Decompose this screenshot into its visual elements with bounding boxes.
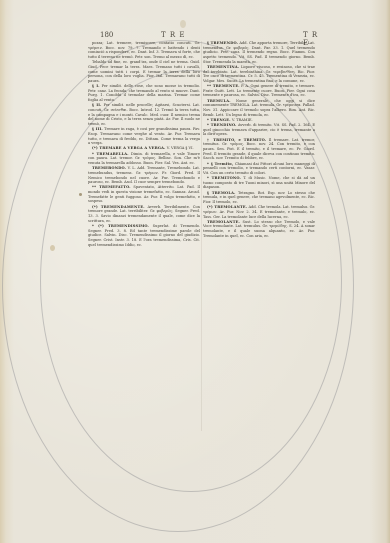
entry-headword: * § Tremito, (207, 162, 233, 166)
dictionary-entry: § I. Per similit. delle cose, che sono m… (88, 84, 200, 103)
dictionary-entry: § TREMOLA. Tetragno. Bot. Esp. nov. Lo s… (203, 191, 315, 205)
entry-definition: V. TRAMIE. (232, 118, 253, 122)
entry-definition: Per similit. delle cose, che sono mosse … (88, 84, 200, 102)
entry-definition: Per similit. nelle procelle; Agitarsi, S… (88, 103, 200, 126)
running-header: 180 T R E T R E (96, 31, 326, 41)
dictionary-entry: * (*) TREMENDISSIMO. Superlat. di Tremen… (88, 224, 200, 247)
dictionary-entry: TREMULA. Nome generale, che oggi si dice… (203, 99, 315, 118)
entry-headword: * TREMARELLA. (92, 152, 129, 156)
paper-stain (180, 20, 186, 28)
document-page: 180 T R E T R E pozza; Lat. tremere, tre… (0, 0, 390, 543)
dictionary-entry: * § Tremito, Chiamasi dai Pittori alcuni… (203, 162, 315, 176)
dictionary-entry: TREMENTINA. Liquore viscoso, e resinoso,… (203, 65, 315, 84)
entry-headword: § III. (92, 127, 103, 131)
dictionary-entry: § TREMENDO. Add. Che apporta tremore, Te… (203, 41, 315, 64)
page-number: 180 (100, 31, 113, 39)
entry-headword: (*) TREMENDAMENTE. (92, 205, 145, 209)
dictionary-entry: Tebaldo ad fine, ec. grand'ira, onde il … (88, 60, 200, 83)
entry-headword: TREMOLANTE. (207, 220, 240, 224)
dictionary-entry: pozza; Lat. tremere, tremiscere, contati… (88, 41, 200, 60)
dictionary-entry: (*) TREMOLANTE. Add. Che tremola. Lat. t… (203, 205, 315, 219)
column-gutter (201, 41, 202, 431)
entry-headword: § II. (92, 103, 102, 107)
entry-headword: * TREMITONO. (207, 176, 241, 180)
entry-definition: Tremare in raga, è così per grandissima … (88, 127, 200, 145)
entry-headword: † TREMITO, e TREMITO. (207, 138, 266, 142)
dictionary-entry: † TREMITO, e TREMITO. Il tremare. Lat. t… (203, 138, 315, 161)
dictionary-entry: ** TREMEFATTO. Spaventato, Atterrito. La… (88, 185, 200, 204)
paper-stain (50, 245, 55, 251)
dictionary-entry: § III. Tremare in raga, è così per grand… (88, 127, 200, 146)
entry-definition: V. VERGA § VI. (167, 146, 194, 150)
entry-headword: § TREMENDO. (207, 41, 238, 45)
dictionary-entry: (*) TREMENDAMENTE. Avverb. Terribilmente… (88, 205, 200, 224)
dictionary-entry: * TRENDINO. Avverb. di tremito. Vit. SS.… (203, 123, 315, 137)
entry-headword: TREMENTINA. (207, 65, 239, 69)
entry-headword: * (*) TREMENDISSIMO. (92, 224, 149, 228)
dictionary-entry: (*) TREMARE A VERGA A VERGA. V. VERGA § … (88, 146, 200, 151)
entry-headword: (*) TREMARE A VERGA A VERGA. (92, 146, 166, 150)
entry-headword: § TREMOLA. (207, 191, 236, 195)
entry-headword: ** TREMEFATTO. (92, 185, 131, 189)
dictionary-entry: ** TREMENTE. P. A. Ogni genere di tremit… (203, 84, 315, 98)
entry-headword: § I. (92, 84, 100, 88)
entry-headword: * TRENGE. (207, 118, 231, 122)
entry-headword: * TRENDINO. (207, 123, 237, 127)
entry-headword: TREMEBONDO. (92, 166, 126, 170)
dictionary-entry: § II. Per similit. nelle procelle; Agita… (88, 103, 200, 126)
dictionary-entry: TREMOLANTE. Sust. Lo stesso che Tremolo,… (203, 220, 315, 239)
entry-headword: (*) TREMOLANTE. (207, 205, 247, 209)
entry-definition: Tebaldo ad fine, ec. grand'ira, onde il … (88, 60, 200, 83)
entry-definition: pozza; Lat. tremere, tremiscere, contati… (88, 41, 200, 59)
dictionary-entry: * TREMITONO. T. di Music. Nome, che si d… (203, 176, 315, 190)
dictionary-entry: * TRENGE. V. TRAMIE. (203, 118, 315, 123)
dictionary-entry: * TREMARELLA. Dimin. di tremarella, e va… (88, 152, 200, 166)
paper-stain (79, 193, 82, 196)
dictionary-entry: TREMEBONDO. V. L. Add. Tremante, Tremebo… (88, 166, 200, 185)
right-column: § TREMENDO. Add. Che apporta tremore, Te… (203, 41, 315, 426)
running-head-left: T R E (161, 31, 186, 39)
entry-headword: ** TREMENTE. (207, 84, 240, 88)
left-column: pozza; Lat. tremere, tremiscere, contati… (88, 41, 200, 432)
